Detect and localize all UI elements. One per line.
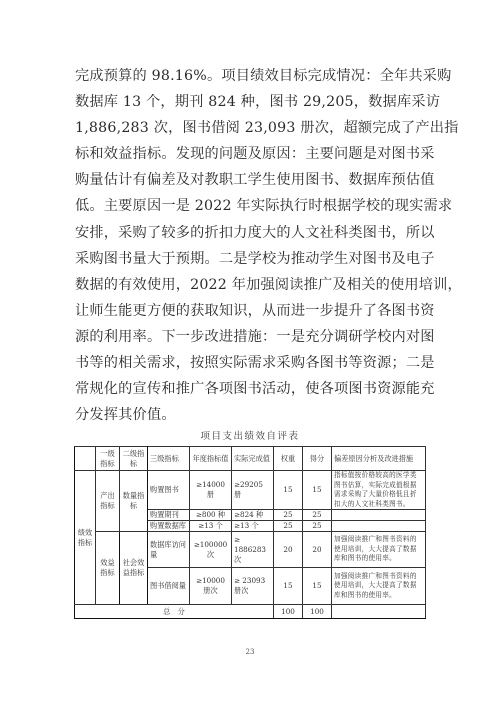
text-line: 源的利用率。下一步改进措施：一是充分调研学校内对图	[75, 324, 427, 350]
text-line: 书等的相关需求，按照实际需求采购各图书等资源；二是	[75, 350, 427, 376]
score-cell: 15	[303, 568, 332, 605]
target-cell: ≥14000 册	[190, 471, 232, 510]
table-row: 效益指标 社会效益指标 数据库访问量 ≥100000 次 ≥ 1886283 次…	[75, 532, 426, 568]
group-label: 绩效指标	[75, 471, 96, 605]
text-line: 安排，采购了较多的折扣力度大的人文社科类图书，所以	[75, 220, 427, 246]
benefit-level1: 效益指标	[96, 532, 120, 605]
actual-cell: ≥ 1886283 次	[232, 532, 274, 568]
level3-cell: 图书借阅量	[148, 568, 190, 605]
header-level2: 二级指标	[120, 447, 148, 471]
body-paragraph: 完成预算的 98.16%。项目绩效目标完成情况：全年共采购 数据库 13 个，期…	[75, 63, 427, 428]
page-number: 23	[0, 648, 500, 656]
text-line: 1,886,283 次，图书借阅 23,093 册次，超额完成了产出指	[75, 115, 427, 141]
text-line: 让师生能更方便的获取知识，从而进一步提升了各图书资	[75, 298, 427, 324]
level3-cell: 购置数据库	[148, 521, 190, 532]
actual-cell: ≥ 23093 册次	[232, 568, 274, 605]
header-actual: 实际完成值	[232, 447, 274, 471]
score-cell: 25	[303, 521, 332, 532]
header-blank	[75, 447, 96, 471]
text-line: 完成预算的 98.16%。项目绩效目标完成情况：全年共采购	[75, 63, 427, 89]
target-cell: ≥100000 次	[190, 532, 232, 568]
analysis-cell	[332, 510, 426, 521]
weight-cell: 15	[274, 471, 303, 510]
total-score: 100	[303, 605, 332, 619]
level3-cell: 购置图书	[148, 471, 190, 510]
table-caption: 项目支出绩效自评表	[0, 428, 500, 442]
text-line: 常规化的宣传和推广各项图书活动，使各项图书资源能充	[75, 376, 427, 402]
total-analysis	[332, 605, 426, 619]
target-cell: ≥800 种	[190, 510, 232, 521]
actual-cell: ≥13 个	[232, 521, 274, 532]
weight-cell: 20	[274, 532, 303, 568]
text-line: 标和效益指标。发现的问题及原因：主要问题是对图书采	[75, 141, 427, 167]
text-line: 数据的有效使用，2022 年加强阅读推广及相关的使用培训，	[75, 272, 427, 298]
header-level3: 三级指标	[148, 447, 190, 471]
header-weight: 权重	[274, 447, 303, 471]
header-analysis: 偏差原因分析及改进措施	[332, 447, 426, 471]
total-weight: 100	[274, 605, 303, 619]
output-level2: 数量指标	[120, 471, 148, 532]
score-cell: 15	[303, 471, 332, 510]
text-line: 分发挥其价值。	[75, 402, 427, 428]
total-row: 总 分 100 100	[75, 605, 426, 619]
performance-table: 一级指标 二级指标 三级指标 年度指标值 实际完成值 权重 得分 偏差原因分析及…	[74, 446, 426, 619]
analysis-cell: 加强阅读推广和图书资料的使用培训，大大提高了数据库和图书的使用率。	[332, 532, 426, 568]
text-line: 低。主要原因一是 2022 年实际执行时根据学校的现实需求	[75, 193, 427, 219]
weight-cell: 15	[274, 568, 303, 605]
actual-cell: ≥29205 册	[232, 471, 274, 510]
text-line: 数据库 13 个，期刊 824 种，图书 29,205，数据库采访	[75, 89, 427, 115]
header-score: 得分	[303, 447, 332, 471]
target-cell: ≥10000 册次	[190, 568, 232, 605]
analysis-cell: 指标值按价格较高的医学类图书估算，实际完成值根据需求采购了大量价格低且折扣大的人…	[332, 471, 426, 510]
weight-cell: 25	[274, 510, 303, 521]
table-row: 绩效指标 产出指标 数量指标 购置图书 ≥14000 册 ≥29205 册 15…	[75, 471, 426, 510]
weight-cell: 25	[274, 521, 303, 532]
analysis-cell: 加强阅读推广和图书资料的使用培训，大大提高了数据库和图书的使用率。	[332, 568, 426, 605]
score-cell: 20	[303, 532, 332, 568]
header-annual-target: 年度指标值	[190, 447, 232, 471]
total-label: 总 分	[75, 605, 274, 619]
text-line: 采购图书量大于预期。二是学校为推动学生对图书及电子	[75, 246, 427, 272]
level3-cell: 数据库访问量	[148, 532, 190, 568]
benefit-level2: 社会效益指标	[120, 532, 148, 605]
text-line: 购量估计有偏差及对教职工学生使用图书、数据库预估值	[75, 167, 427, 193]
table-header-row: 一级指标 二级指标 三级指标 年度指标值 实际完成值 权重 得分 偏差原因分析及…	[75, 447, 426, 471]
score-cell: 25	[303, 510, 332, 521]
analysis-cell	[332, 521, 426, 532]
level3-cell: 购置期刊	[148, 510, 190, 521]
header-level1: 一级指标	[96, 447, 120, 471]
target-cell: ≥13 个	[190, 521, 232, 532]
actual-cell: ≥824 种	[232, 510, 274, 521]
output-level1: 产出指标	[96, 471, 120, 532]
